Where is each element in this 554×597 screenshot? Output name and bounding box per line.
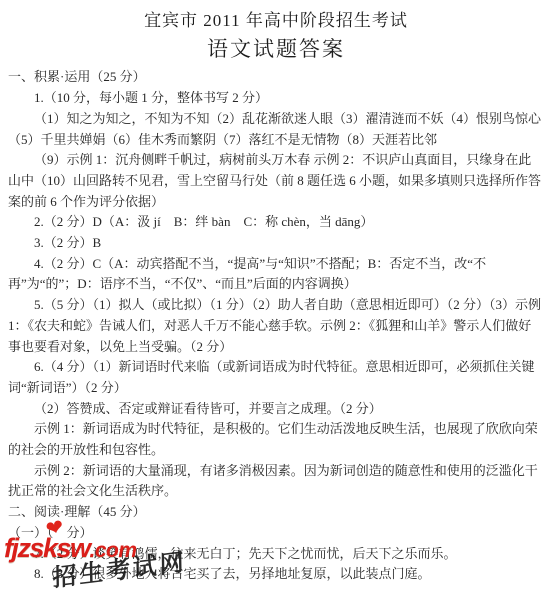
doc-subtitle: 语文试题答案 [8, 39, 544, 60]
answer-line: 4.（2 分）C（A：动宾搭配不当，“提高”与“知识”不搭配；B：否定不当，改“… [8, 254, 544, 295]
answer-line: 1.（10 分，每小题 1 分，整体书写 2 分） [8, 88, 544, 109]
doc-title: 宜宾市 2011 年高中阶段招生考试 [8, 11, 544, 32]
document-page: 宜宾市 2011 年高中阶段招生考试 语文试题答案 一、积累·运用（25 分） … [0, 0, 554, 597]
section-heading: 一、积累·运用（25 分） [8, 67, 544, 88]
answer-line: 6.（4 分）（1）新词语时代来临（或新词语成为时代特征。意思相近即可，必须抓住… [8, 357, 544, 398]
answer-line: 示例 2：新词语的大量涌现，有诸多消极因素。因为新词创造的随意性和使用的泛滥化干… [8, 461, 544, 502]
answer-line: 2.（2 分）D（A：汲 jí B：绊 bàn C：称 chèn，当 dāng） [8, 212, 544, 233]
answer-line: （9）示例 1：沉舟侧畔千帆过，病树前头万木春 示例 2：不识庐山真面目，只缘身… [8, 150, 544, 212]
answer-line: 3.（2 分）B [8, 233, 544, 254]
answer-line: 5.（5 分）（1）拟人（或比拟）（1 分）（2）助人者自助（意思相近即可）（2… [8, 295, 544, 357]
answer-line: 示例 1：新词语成为时代特征，是积极的。它们生动活泼地反映生活，也展现了欣欣向荣… [8, 419, 544, 460]
answer-line: （2）答赞成、否定或辩证看待皆可，并要言之成理。（2 分） [8, 399, 544, 420]
section-heading: 二、阅读·理解（45 分） [8, 502, 544, 523]
answer-line: （1）知之为知之，不知为不知（2）乱花渐欲迷人眼（3）濯清涟而不妖（4）恨别鸟惊… [8, 109, 544, 150]
